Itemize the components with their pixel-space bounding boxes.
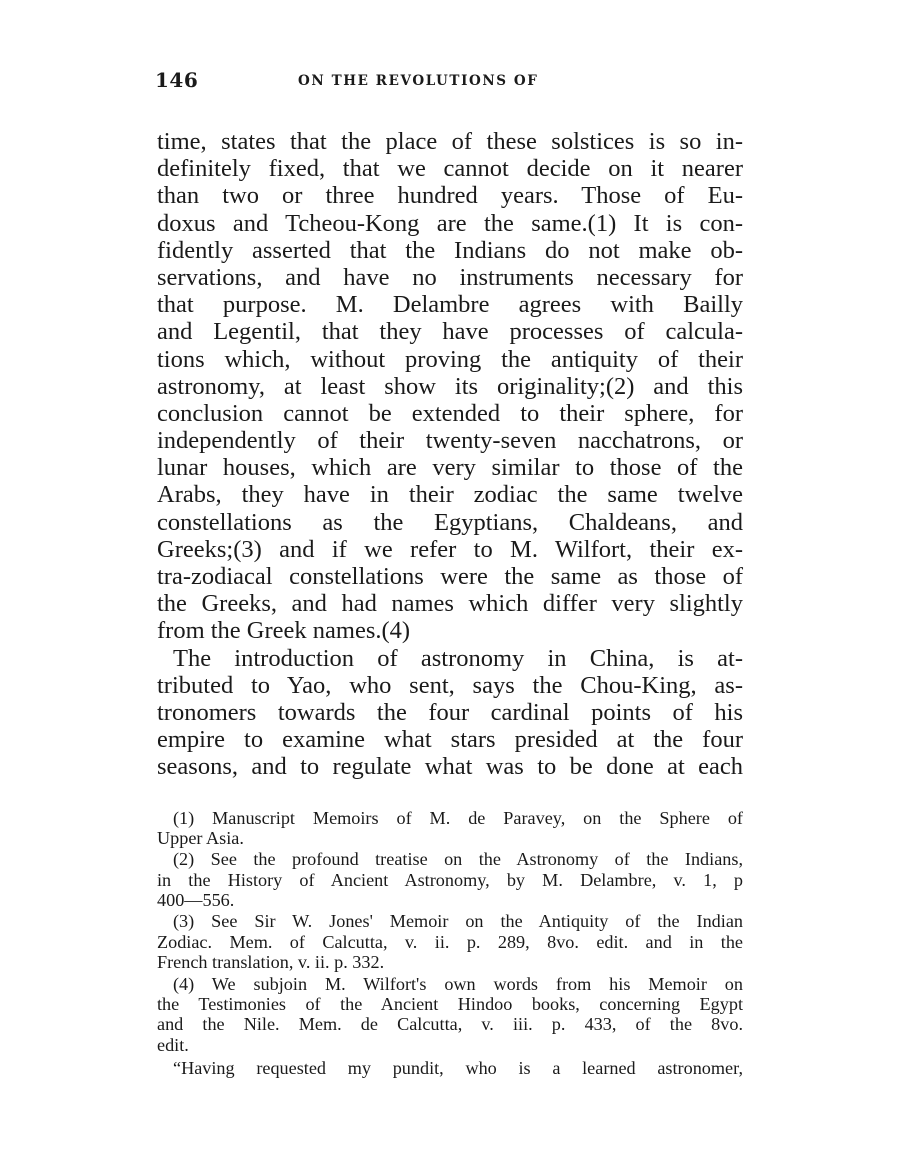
footnote-1: (1) Manuscript Memoirs of M. de Paravey,… (157, 808, 743, 849)
text-line: than two or three hundred years. Those o… (157, 182, 743, 209)
text-line: tions which, without proving the antiqui… (157, 346, 743, 373)
footnote-quote: “Having requested my pundit, who is a le… (157, 1058, 743, 1078)
footnote-line: in the History of Ancient Astronomy, by … (157, 870, 743, 890)
main-text: time, states that the place of these sol… (157, 128, 743, 781)
text-line: Greeks;(3) and if we refer to M. Wilfort… (157, 536, 743, 563)
text-line: and Legentil, that they have processes o… (157, 318, 743, 345)
footnote-line: Upper Asia. (157, 828, 743, 848)
text-line: constellations as the Egyptians, Chaldea… (157, 509, 743, 536)
footnote-line: the Testimonies of the Ancient Hindoo bo… (157, 994, 743, 1014)
footnote-line: Zodiac. Mem. of Calcutta, v. ii. p. 289,… (157, 932, 743, 952)
footnote-line: (3) See Sir W. Jones' Memoir on the Anti… (157, 911, 743, 931)
footnote-quote-line: “Having requested my pundit, who is a le… (157, 1058, 743, 1078)
text-line: fidently asserted that the Indians do no… (157, 237, 743, 264)
text-line: Arabs, they have in their zodiac the sam… (157, 481, 743, 508)
footnote-4: (4) We subjoin M. Wilfort's own words fr… (157, 974, 743, 1056)
text-line: seasons, and to regulate what was to be … (157, 753, 743, 780)
text-line: independently of their twenty-seven nacc… (157, 427, 743, 454)
text-line: the Greeks, and had names which differ v… (157, 590, 743, 617)
text-line: from the Greek names.(4) (157, 617, 743, 644)
text-line: empire to examine what stars presided at… (157, 726, 743, 753)
book-page: 146 ON THE REVOLUTIONS OF time, states t… (157, 66, 743, 1079)
text-line: conclusion cannot be extended to their s… (157, 400, 743, 427)
text-line: definitely fixed, that we cannot decide … (157, 155, 743, 182)
text-line: tronomers towards the four cardinal poin… (157, 699, 743, 726)
page-number: 146 (155, 68, 198, 92)
footnote-line: French translation, v. ii. p. 332. (157, 952, 743, 972)
running-title: ON THE REVOLUTIONS OF (298, 73, 538, 89)
text-line: servations, and have no instruments nece… (157, 264, 743, 291)
text-line: tra-zodiacal constellations were the sam… (157, 563, 743, 590)
text-line: time, states that the place of these sol… (157, 128, 743, 155)
footnote-line: edit. (157, 1035, 743, 1055)
footnote-3: (3) See Sir W. Jones' Memoir on the Anti… (157, 911, 743, 972)
footnote-2: (2) See the profound treatise on the Ast… (157, 849, 743, 910)
running-head: 146 ON THE REVOLUTIONS OF (157, 66, 743, 100)
footnotes: (1) Manuscript Memoirs of M. de Paravey,… (157, 808, 743, 1079)
paragraph-start-line: The introduction of astronomy in China, … (157, 645, 743, 672)
text-line: astronomy, at least show its originality… (157, 373, 743, 400)
footnote-line: (2) See the profound treatise on the Ast… (157, 849, 743, 869)
text-line: that purpose. M. Delambre agrees with Ba… (157, 291, 743, 318)
footnote-line: and the Nile. Mem. de Calcutta, v. iii. … (157, 1014, 743, 1034)
text-line: lunar houses, which are very similar to … (157, 454, 743, 481)
footnote-line: 400—556. (157, 890, 743, 910)
footnote-line: (1) Manuscript Memoirs of M. de Paravey,… (157, 808, 743, 828)
footnote-line: (4) We subjoin M. Wilfort's own words fr… (157, 974, 743, 994)
text-line: doxus and Tcheou-Kong are the same.(1) I… (157, 210, 743, 237)
text-line: tributed to Yao, who sent, says the Chou… (157, 672, 743, 699)
